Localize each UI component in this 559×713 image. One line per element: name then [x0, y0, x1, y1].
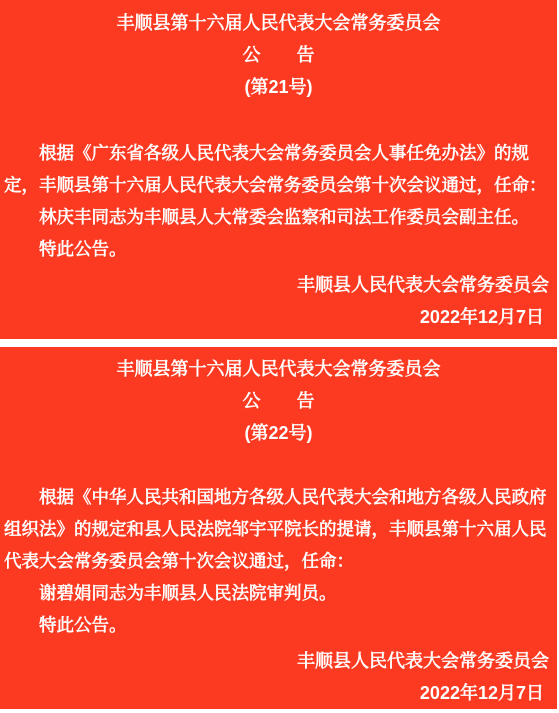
body-line: 根据《中华人民共和国地方各级人民代表大会和地方各级人民政府: [0, 481, 557, 513]
body-line: 林庆丰同志为丰顺县人大常委会监察和司法工作委员会副主任。: [0, 201, 557, 233]
body-line: 定，丰顺县第十六届人民代表大会常务委员会第十次会议通过，任命：: [0, 169, 557, 201]
body-line: 特此公告。: [0, 233, 557, 265]
announcement-no21: 丰顺县第十六届人民代表大会常务委员会 公 告 (第21号) 根据《广东省各级人民…: [0, 0, 557, 339]
body-line: 谢碧娟同志为丰顺县人民法院审判员。: [0, 577, 557, 609]
announcement-title: 丰顺县第十六届人民代表大会常务委员会: [0, 7, 557, 39]
announcement-no22: 丰顺县第十六届人民代表大会常务委员会 公 告 (第22号) 根据《中华人民共和国…: [0, 347, 557, 709]
announcement-body: 根据《中华人民共和国地方各级人民代表大会和地方各级人民政府 组织法》的规定和县人…: [0, 481, 557, 641]
announcement-subtitle: 公 告: [0, 39, 557, 71]
announcement-number: (第21号): [0, 71, 557, 103]
body-line: 特此公告。: [0, 609, 557, 641]
announcement-title: 丰顺县第十六届人民代表大会常务委员会: [0, 353, 557, 385]
announcement-subtitle: 公 告: [0, 385, 557, 417]
announcement-signature: 丰顺县人民代表大会常务委员会: [0, 269, 557, 301]
section-divider: [0, 339, 559, 347]
body-line: 根据《广东省各级人民代表大会常务委员会人事任免办法》的规: [0, 137, 557, 169]
announcement-date: 2022年12月7日: [0, 301, 557, 333]
announcement-date: 2022年12月7日: [0, 677, 557, 709]
announcement-body: 根据《广东省各级人民代表大会常务委员会人事任免办法》的规 定，丰顺县第十六届人民…: [0, 137, 557, 265]
body-line: 组织法》的规定和县人民法院邹宇平院长的提请，丰顺县第十六届人民: [0, 513, 557, 545]
announcement-number: (第22号): [0, 417, 557, 449]
body-line: 代表大会常务委员会第十次会议通过，任命：: [0, 545, 557, 577]
announcement-signature: 丰顺县人民代表大会常务委员会: [0, 645, 557, 677]
